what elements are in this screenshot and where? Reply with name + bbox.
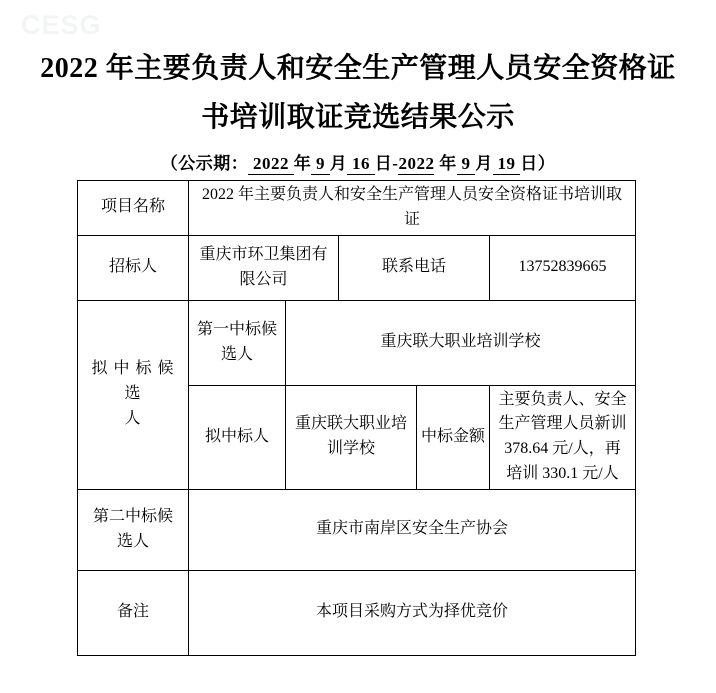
notice-table: 项目名称 2022 年主要负责人和安全生产管理人员安全资格证书培训取 证 招标人… [77,180,636,656]
tenderer-value-cell: 重庆市环卫集团有 限公司 [189,235,339,300]
notice-start-day: 16 [347,154,375,175]
day-dash-label: 日- [375,154,399,173]
first-candidate-label-cell: 第一中标候 选人 [189,300,286,385]
amount-label-cell: 中标金额 [417,385,490,489]
notice-period-suffix: 日） [520,154,555,173]
notice-page: CESG 2022 年主要负责人和安全生产管理人员安全资格证 书培训取证竞选结果… [0,0,716,693]
notice-period-prefix: （公示期： [161,154,249,173]
month-label: 月 [330,154,348,173]
watermark-text: CESG [21,10,102,41]
phone-value-cell: 13752839665 [490,235,636,300]
remarks-label-cell: 备注 [78,570,189,655]
row-tenderer: 招标人 重庆市环卫集团有 限公司 联系电话 13752839665 [78,235,636,300]
proposed-winner-label-cell: 拟中标人 [189,385,286,489]
remarks-value-cell: 本项目采购方式为择优竞价 [189,570,636,655]
second-candidate-label-cell: 第二中标候 选人 [78,489,189,570]
row-project-name: 项目名称 2022 年主要负责人和安全生产管理人员安全资格证书培训取 证 [78,181,636,236]
notice-end-month: 9 [457,154,476,175]
row-second-candidate: 第二中标候 选人 重庆市南岸区安全生产协会 [78,489,636,570]
notice-period-line: （公示期： 2022 年 9 月 16 日-2022 年 9 月 19 日） [0,149,716,174]
tenderer-label-cell: 招标人 [78,235,189,300]
end-month-label: 月 [475,154,493,173]
notice-end-year: 2022 [398,154,434,175]
row-first-candidate: 拟 中 标 候 选 人 第一中标候 选人 重庆联大职业培训学校 [78,300,636,385]
page-title: 2022 年主要负责人和安全生产管理人员安全资格证 书培训取证竞选结果公示 [0,0,716,142]
candidates-label-cell: 拟 中 标 候 选 人 [78,300,189,489]
notice-start-month: 9 [311,154,330,175]
phone-label-cell: 联系电话 [339,235,490,300]
notice-end-day: 19 [493,154,521,175]
first-candidate-value-cell: 重庆联大职业培训学校 [286,300,636,385]
year-label: 年 [294,154,312,173]
end-year-label: 年 [434,154,456,173]
project-name-value-cell: 2022 年主要负责人和安全生产管理人员安全资格证书培训取 证 [189,181,636,236]
row-remarks: 备注 本项目采购方式为择优竞价 [78,570,636,655]
amount-value-cell: 主要负责人、安全 生产管理人员新训 378.64 元/人，再 培训 330.1 … [490,385,636,489]
project-name-label-cell: 项目名称 [78,181,189,236]
notice-start-year: 2022 [248,154,294,175]
proposed-winner-value-cell: 重庆联大职业培 训学校 [286,385,417,489]
second-candidate-value-cell: 重庆市南岸区安全生产协会 [189,489,636,570]
